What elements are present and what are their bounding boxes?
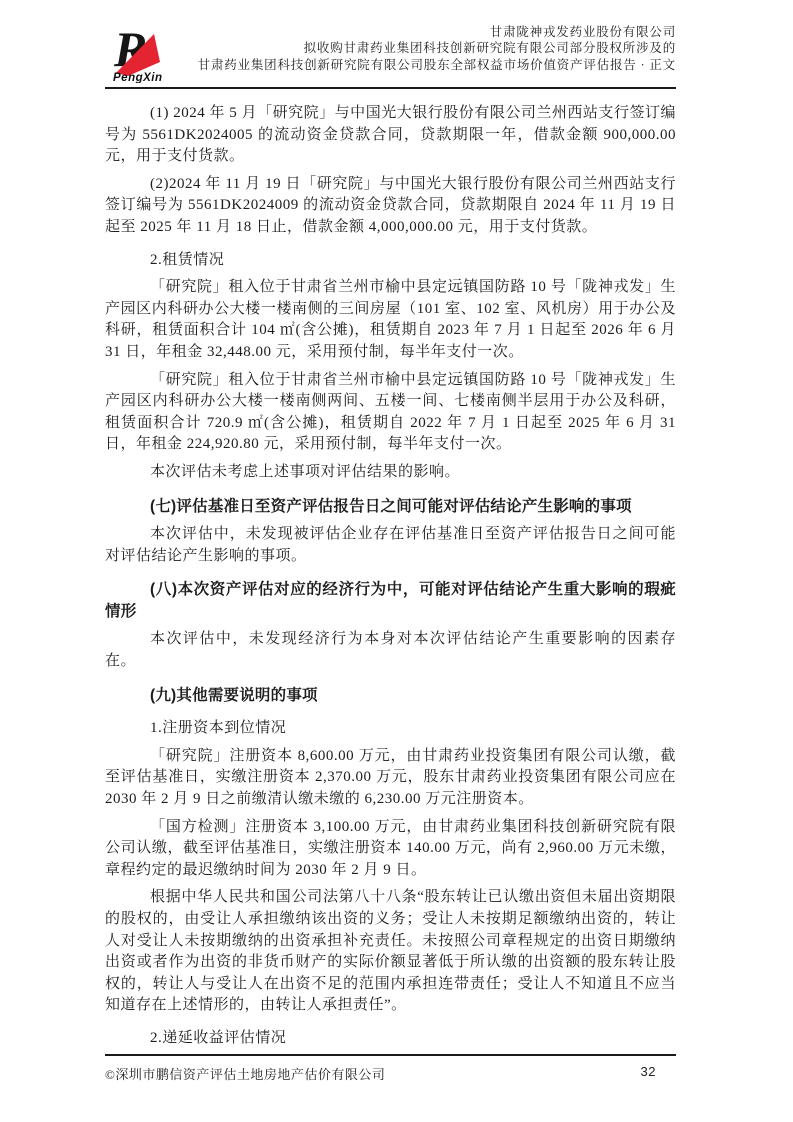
pengxin-logo-mark: R PengXin	[112, 23, 174, 83]
header-line-transaction: 拟收购甘肃药业集团科技创新研究院有限公司部分股权所涉及的	[196, 40, 676, 56]
sub-heading-deferred-income: 2.递延收益评估情况	[105, 1023, 676, 1050]
paragraph-capital-1: 「研究院」注册资本 8,600.00 万元，由甘肃药业投资集团有限公司认缴，截至…	[105, 746, 676, 811]
footer-copyright: ©深圳市鹏信资产评估土地房地产估价有限公司	[105, 1064, 385, 1083]
sub-heading-capital: 1.注册资本到位情况	[105, 713, 676, 740]
paragraph-company-law: 根据中华人民共和国公司法第八十八条“股东转让已认缴出资但未届出资期限的股权的，由…	[105, 887, 676, 1017]
header-line-report-title: 甘肃药业集团科技创新研究院有限公司股东全部权益市场价值资产评估报告 · 正文	[196, 57, 676, 73]
section-heading-9: (九)其他需要说明的事项	[105, 679, 676, 707]
page-header: 甘肃陇神戎发药业股份有限公司 拟收购甘肃药业集团科技创新研究院有限公司部分股权所…	[196, 24, 676, 73]
section-heading-7: (七)评估基准日至资产评估报告日之间可能对评估结论产生影响的事项	[105, 490, 676, 518]
logo-wordmark: PengXin	[113, 72, 163, 83]
paragraph-no-impact: 本次评估未考虑上述事项对评估结果的影响。	[105, 462, 676, 484]
paragraph-section-8: 本次评估中，未发现经济行为本身对本次评估结论产生重要影响的因素存在。	[105, 629, 676, 672]
paragraph-loan-2: (2)2024 年 11 月 19 日「研究院」与中国光大银行股份有限公司兰州西…	[105, 174, 676, 239]
page-number: 32	[641, 1064, 676, 1079]
header-divider	[105, 87, 676, 89]
document-page: R PengXin 甘肃陇神戎发药业股份有限公司 拟收购甘肃药业集团科技创新研究…	[0, 0, 793, 1122]
header-line-company: 甘肃陇神戎发药业股份有限公司	[196, 24, 676, 40]
document-body: (1) 2024 年 5 月「研究院」与中国光大银行股份有限公司兰州西站支行签订…	[105, 103, 676, 1056]
sub-heading-lease: 2.租赁情况	[105, 245, 676, 272]
pengxin-logo: R PengXin	[112, 23, 174, 83]
page-footer: ©深圳市鹏信资产评估土地房地产估价有限公司 32	[105, 1064, 676, 1083]
paragraph-loan-1: (1) 2024 年 5 月「研究院」与中国光大银行股份有限公司兰州西站支行签订…	[105, 103, 676, 168]
paragraph-capital-2: 「国方检测」注册资本 3,100.00 万元，由甘肃药业集团科技创新研究院有限公…	[105, 817, 676, 882]
footer-divider	[105, 1054, 676, 1056]
paragraph-section-7: 本次评估中，未发现被评估企业存在评估基准日至资产评估报告日之间可能对评估结论产生…	[105, 524, 676, 567]
section-heading-8: (八)本次资产评估对应的经济行为中，可能对评估结论产生重大影响的瑕疵情形	[105, 573, 676, 622]
paragraph-lease-2: 「研究院」租入位于甘肃省兰州市榆中县定远镇国防路 10 号「陇神戎发」生产园区内…	[105, 370, 676, 456]
paragraph-lease-1: 「研究院」租入位于甘肃省兰州市榆中县定远镇国防路 10 号「陇神戎发」生产园区内…	[105, 277, 676, 363]
